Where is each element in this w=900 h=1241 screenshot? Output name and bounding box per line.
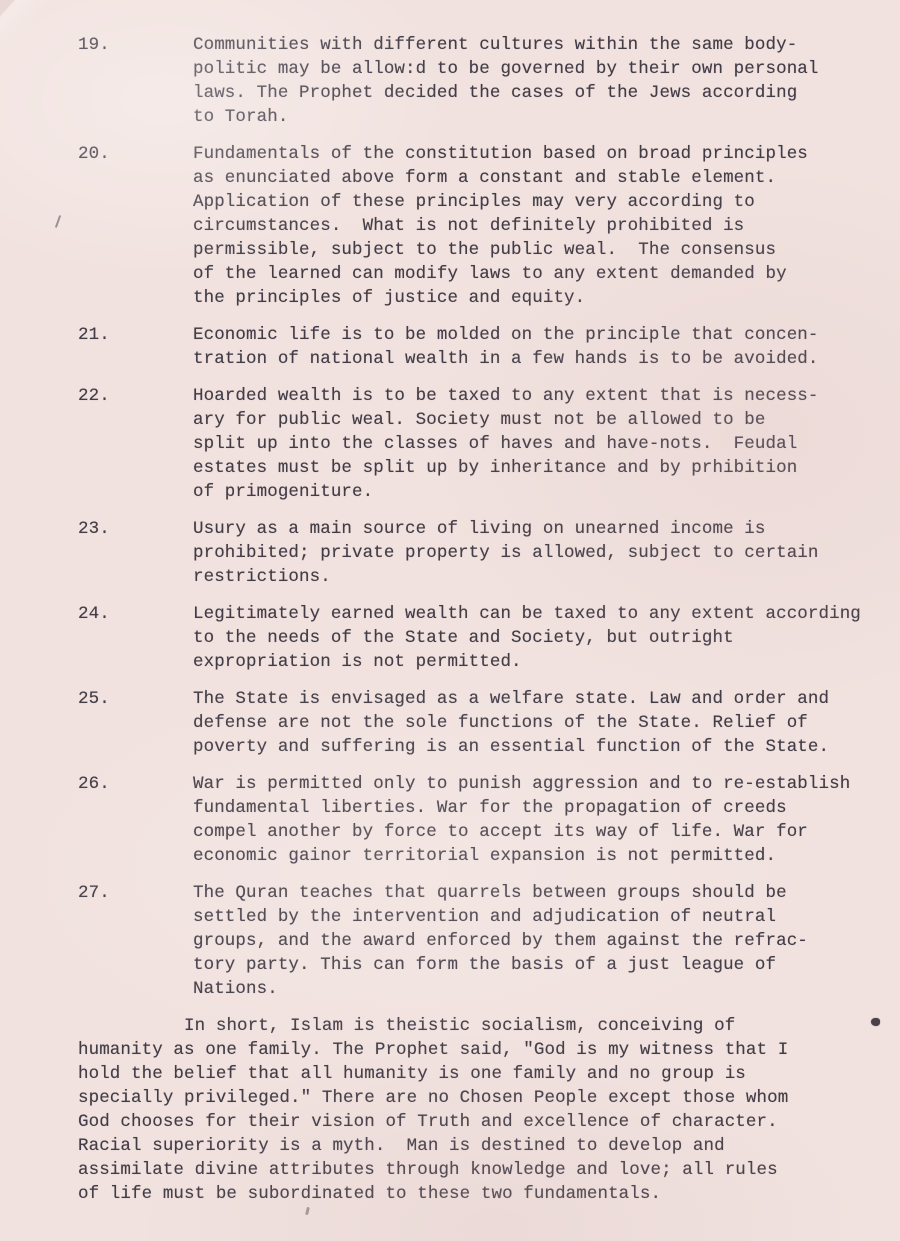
ink-speck xyxy=(305,1207,310,1215)
list-item: 20. Fundamentals of the constitution bas… xyxy=(78,142,885,310)
item-number: 22. xyxy=(78,384,193,504)
item-number: 25. xyxy=(78,687,193,759)
document-page: 19. Communities with different cultures … xyxy=(0,0,900,1241)
list-item: 27. The Quran teaches that quarrels betw… xyxy=(78,881,885,1001)
list-item: 23. Usury as a main source of living on … xyxy=(78,517,885,589)
item-paragraph: Usury as a main source of living on unea… xyxy=(193,517,819,589)
item-paragraph: Fundamentals of the constitution based o… xyxy=(193,142,808,310)
list-item: 24. Legitimately earned wealth can be ta… xyxy=(78,602,885,674)
item-paragraph: Legitimately earned wealth can be taxed … xyxy=(193,602,861,674)
item-number: 20. xyxy=(78,142,193,310)
item-number: 26. xyxy=(78,772,193,868)
closing-paragraph: In short, Islam is theistic socialism, c… xyxy=(0,1014,900,1206)
item-paragraph: War is permitted only to punish aggressi… xyxy=(193,772,850,868)
list-item: 25. The State is envisaged as a welfare … xyxy=(78,687,885,759)
item-number: 19. xyxy=(78,33,193,129)
list-item: 26. War is permitted only to punish aggr… xyxy=(78,772,885,868)
item-paragraph: The State is envisaged as a welfare stat… xyxy=(193,687,829,759)
numbered-list: 19. Communities with different cultures … xyxy=(0,0,900,1001)
item-paragraph: Communities with different cultures with… xyxy=(193,33,819,129)
item-paragraph: Hoarded wealth is to be taxed to any ext… xyxy=(193,384,819,504)
item-paragraph: The Quran teaches that quarrels between … xyxy=(193,881,808,1001)
item-number: 21. xyxy=(78,323,193,371)
item-number: 27. xyxy=(78,881,193,1001)
item-number: 24. xyxy=(78,602,193,674)
list-item: 19. Communities with different cultures … xyxy=(78,33,885,129)
item-number: 23. xyxy=(78,517,193,589)
ink-spot xyxy=(871,1018,880,1026)
list-item: 21. Economic life is to be molded on the… xyxy=(78,323,885,371)
item-paragraph: Economic life is to be molded on the pri… xyxy=(193,323,819,371)
list-item: 22. Hoarded wealth is to be taxed to any… xyxy=(78,384,885,504)
